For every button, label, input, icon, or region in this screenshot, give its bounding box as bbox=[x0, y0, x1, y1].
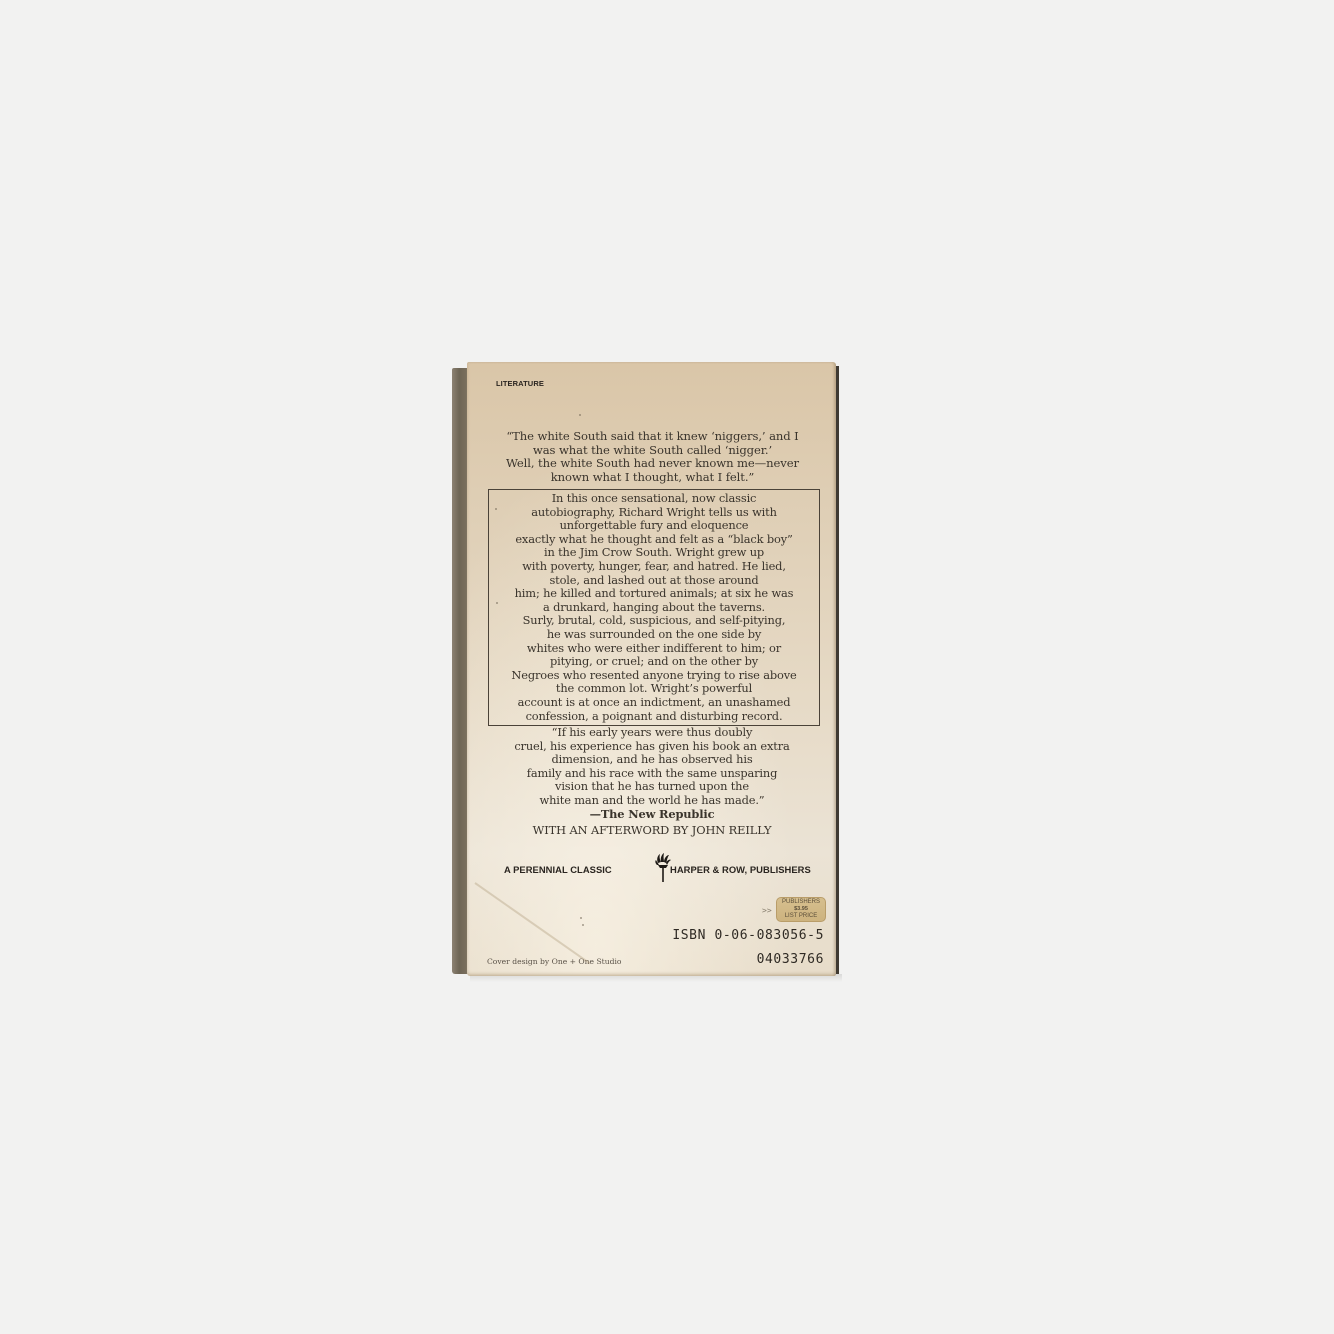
blurb-line: stole, and lashed out at those around bbox=[487, 574, 821, 588]
dust-speck bbox=[496, 602, 498, 604]
afterword-credit: WITH AN AFTERWORD BY JOHN REILLY bbox=[477, 823, 827, 837]
review-line: “If his early years were thus doubly bbox=[477, 726, 827, 740]
sticker-label: PUBLISHERS bbox=[777, 899, 825, 906]
publisher-row: A PERENNIAL CLASSIC HARPER & ROW, PUBLIS… bbox=[504, 853, 804, 883]
blurb-text: In this once sensational, now classic au… bbox=[487, 492, 821, 723]
book-spine-edge bbox=[836, 366, 839, 974]
dust-speck bbox=[579, 414, 581, 416]
cover-crease bbox=[474, 882, 590, 964]
review-line: vision that he has turned upon the bbox=[477, 780, 827, 794]
review-line: white man and the world he has made.” bbox=[477, 794, 827, 808]
review-line: family and his race with the same unspar… bbox=[477, 767, 827, 781]
blurb-line: the common lot. Wright’s powerful bbox=[487, 682, 821, 696]
blurb-line: confession, a poignant and disturbing re… bbox=[487, 710, 821, 724]
catalog-code: 04033766 bbox=[757, 952, 824, 967]
book-back-cover: LITERATURE “The white South said that it… bbox=[467, 362, 836, 976]
blurb-line: pitying, or cruel; and on the other by bbox=[487, 655, 821, 669]
dust-speck bbox=[495, 508, 497, 510]
blurb-line: exactly what he thought and felt as a “b… bbox=[487, 533, 821, 547]
dust-speck bbox=[692, 867, 694, 869]
epigraph-quote: “The white South said that it knew ‘nigg… bbox=[475, 430, 830, 484]
review-source: —The New Republic bbox=[477, 808, 827, 822]
blurb-line: unforgettable fury and eloquence bbox=[487, 519, 821, 533]
epigraph-line: “The white South said that it knew ‘nigg… bbox=[475, 430, 830, 444]
publisher-label: HARPER & ROW, PUBLISHERS bbox=[670, 864, 811, 875]
blurb-line: in the Jim Crow South. Wright grew up bbox=[487, 546, 821, 560]
blurb-line: him; he killed and tortured animals; at … bbox=[487, 587, 821, 601]
photo-scene: LITERATURE “The white South said that it… bbox=[0, 0, 1334, 1334]
blurb-box: In this once sensational, now classic au… bbox=[488, 489, 820, 726]
sticker-price: $3.95 bbox=[777, 906, 825, 913]
blurb-line: Negroes who resented anyone trying to ri… bbox=[487, 669, 821, 683]
blurb-line: account is at once an indictment, an una… bbox=[487, 696, 821, 710]
imprint-label: A PERENNIAL CLASSIC bbox=[504, 864, 612, 875]
epigraph-line: was what the white South called ‘nigger.… bbox=[475, 444, 830, 458]
blurb-line: In this once sensational, now classic bbox=[487, 492, 821, 506]
isbn-number: ISBN 0-06-083056-5 bbox=[672, 928, 824, 943]
cover-design-credit: Cover design by One + One Studio bbox=[487, 957, 621, 966]
dust-speck bbox=[582, 924, 584, 926]
sticker-arrows: >> bbox=[762, 906, 772, 915]
blurb-line: with poverty, hunger, fear, and hatred. … bbox=[487, 560, 821, 574]
epigraph-line: Well, the white South had never known me… bbox=[475, 457, 830, 471]
review-quote: “If his early years were thus doubly cru… bbox=[477, 726, 827, 821]
review-line: dimension, and he has observed his bbox=[477, 753, 827, 767]
blurb-line: whites who were either indifferent to hi… bbox=[487, 642, 821, 656]
blurb-line: he was surrounded on the one side by bbox=[487, 628, 821, 642]
blurb-line: a drunkard, hanging about the taverns. bbox=[487, 601, 821, 615]
epigraph-line: known what I thought, what I felt.” bbox=[475, 471, 830, 485]
dust-speck bbox=[580, 917, 582, 919]
sticker-label: LIST PRICE bbox=[777, 913, 825, 920]
price-sticker: PUBLISHERS $3.95 LIST PRICE bbox=[776, 897, 826, 922]
blurb-line: autobiography, Richard Wright tells us w… bbox=[487, 506, 821, 520]
blurb-line: Surly, brutal, cold, suspicious, and sel… bbox=[487, 614, 821, 628]
category-label: LITERATURE bbox=[496, 379, 544, 388]
review-line: cruel, his experience has given his book… bbox=[477, 740, 827, 754]
